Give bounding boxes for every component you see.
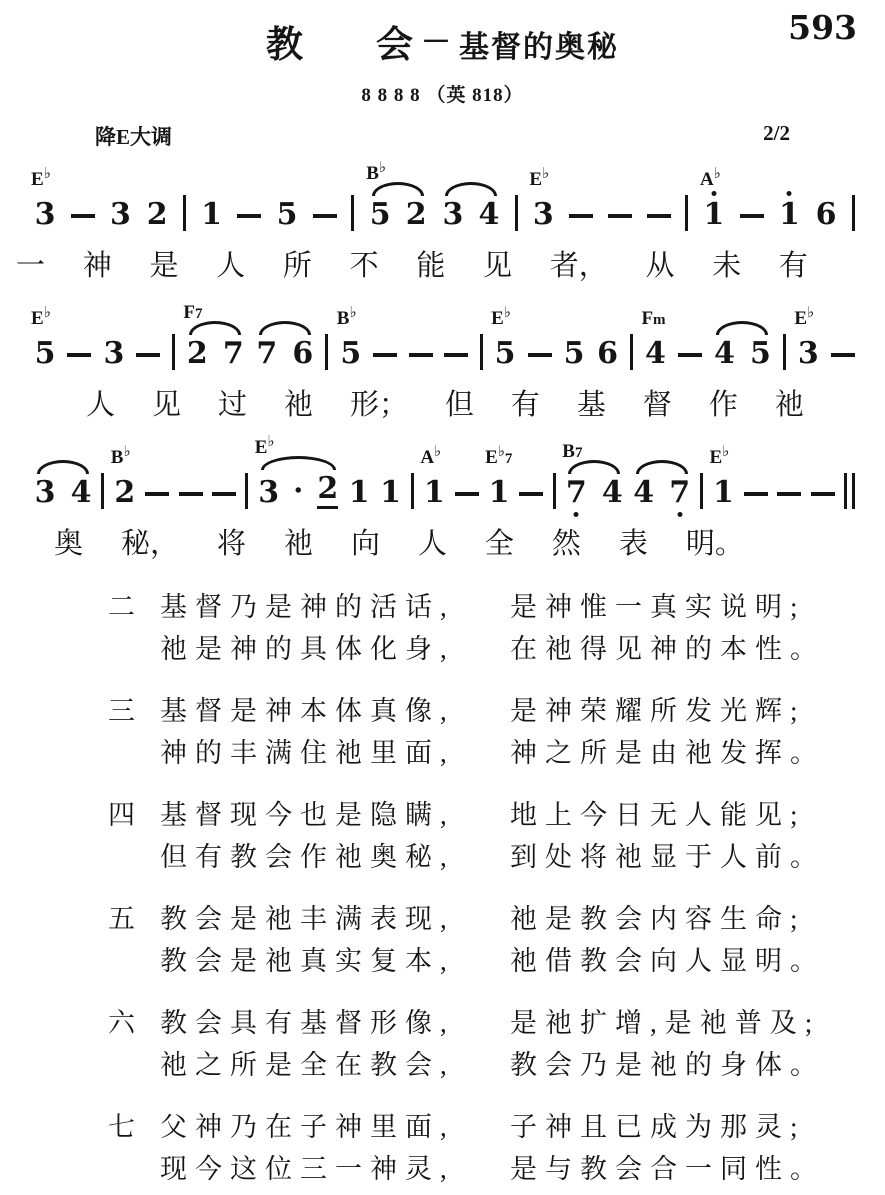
duration-dash [647, 214, 671, 218]
note-digit: 1 [424, 477, 445, 509]
verse-line: 子神且已成为那灵; [510, 1106, 885, 1148]
note: A♭1 [423, 477, 445, 509]
slur-group: 34 [34, 477, 92, 509]
note: 3 [103, 338, 125, 370]
lyric-syllable: 是 [149, 243, 178, 284]
note-digit: 4 [714, 338, 735, 370]
duration-dash [777, 492, 801, 496]
lyric-syllable: 然 [552, 521, 581, 562]
lyric-syllable: 督 [643, 382, 672, 423]
note: 1 [348, 477, 370, 509]
verses-section: 二基督乃是神的活话,祂是神的具体化身,是神惟一真实说明;在祂得见神的本性。三基督… [108, 586, 885, 1190]
lyric-syllable: 见 [483, 243, 512, 284]
flat-sign: ♭ [434, 444, 441, 460]
duration-dash [811, 492, 835, 496]
note-digit: 5 [35, 338, 56, 370]
verse-col-right: 是祂扩增,是祂普及;教会乃是祂的身体。 [510, 1002, 885, 1086]
flat-sign: ♭ [379, 160, 386, 176]
chord-label: E♭ [709, 448, 729, 467]
lyric-syllable: 能 [416, 243, 445, 284]
lyric-syllable: 一 [16, 243, 45, 284]
hymn-page: 593 教 会－基督的奥秘 8 8 8 8 （英 818） 降E大调 2/2 E… [0, 0, 885, 1195]
chord-root: B [562, 441, 575, 462]
verse-line: 祂是神的具体化身, [160, 628, 510, 670]
barline [325, 334, 328, 370]
chord-suffix: m [653, 312, 666, 328]
flat-sign: ♭ [542, 166, 549, 182]
verse-col-right: 祂是教会内容生命;祂借教会向人显明。 [510, 898, 885, 982]
lyric-syllable: 表 [619, 521, 648, 562]
note: 1 [380, 477, 402, 509]
note-digit: 4 [602, 477, 623, 509]
chord-label: A♭ [700, 170, 721, 189]
verse-line: 教会是祂丰满表现, [160, 898, 510, 940]
music-line-2: E♭53F72776B♭5E♭556Fm445E♭3 [34, 292, 855, 370]
duration-dash [528, 353, 552, 357]
lyric-syllable: 未 [712, 243, 741, 284]
chord-root: E [31, 169, 44, 190]
note-digit: 6 [597, 338, 618, 370]
lyric-syllable: 祂 [284, 521, 313, 562]
verse-col-left: 基督现今也是隐瞒,但有教会作祂奥秘, [160, 794, 510, 878]
verse-5: 五教会是祂丰满表现,教会是祂真实复本,祂是教会内容生命;祂借教会向人显明。 [108, 898, 885, 982]
chord-label: B♭ [337, 309, 357, 328]
bar-stroke [844, 473, 847, 509]
note-digit: 2 [317, 473, 338, 509]
verse-line: 教会具有基督形像, [160, 1002, 510, 1044]
note: 6 [597, 338, 619, 370]
note-digit: 4 [478, 199, 499, 231]
verse-line: 在祂得见神的本性。 [510, 628, 885, 670]
page-number: 593 [788, 8, 857, 47]
note-digit: 5 [495, 338, 516, 370]
verse-line: 神之所是由祂发挥。 [510, 732, 885, 774]
chord-label: E♭ [491, 309, 511, 328]
flat-sign: ♭ [807, 305, 814, 321]
note-digit: 2 [406, 199, 427, 231]
lyric-syllable: 秘， [121, 521, 179, 562]
key-signature: 降E大调 [95, 121, 172, 151]
note-digit: 3 [104, 338, 125, 370]
note-digit: 1 [349, 477, 370, 509]
note: 4 [713, 338, 735, 370]
note: 4 [70, 477, 92, 509]
note-digit: 3 [35, 199, 56, 231]
note: 4 [601, 477, 623, 509]
flat-sign: ♭ [44, 166, 51, 182]
verse-7: 七父神乃在子神里面,现今这位三一神灵,子神且已成为那灵;是与教会合一同性。 [108, 1106, 885, 1190]
lyric-syllable: 人 [418, 521, 447, 562]
note-digit: 7 [566, 477, 587, 509]
note: Fm4 [644, 338, 666, 370]
verse-col-left: 基督乃是神的活话,祂是神的具体化身, [160, 586, 510, 670]
lyrics-line-3: 奥秘，将祂向人全然表明。 [54, 521, 744, 562]
note: E♭5 [494, 338, 516, 370]
duration-dash [237, 214, 261, 218]
title-subtitle: 基督的奥秘 [459, 31, 619, 64]
note-digit: 6 [816, 199, 837, 231]
meta-row: 降E大调 2/2 [95, 121, 790, 151]
duration-dash [145, 492, 169, 496]
note: 7 [565, 477, 587, 509]
duration-dash [136, 353, 160, 357]
note-digit: 7 [256, 338, 277, 370]
barline [630, 334, 633, 370]
lyric-syllable: 所 [283, 243, 312, 284]
barline [553, 473, 556, 509]
barline [183, 195, 186, 231]
slur-group: 34 [442, 199, 500, 231]
verse-col-right: 是神荣耀所发光辉;神之所是由祂发挥。 [510, 690, 885, 774]
verse-3: 三基督是神本体真像,神的丰满住祂里面,是神荣耀所发光辉;神之所是由祂发挥。 [108, 690, 885, 774]
note-digit: 2 [114, 477, 135, 509]
flat-sign: ♭ [714, 166, 721, 182]
lyric-syllable: 有 [511, 382, 540, 423]
barline [685, 195, 688, 231]
chord-root: B [366, 163, 379, 184]
chord-root: E [709, 447, 722, 468]
note: E♭3 [532, 199, 554, 231]
chord-suffix: 7 [195, 306, 203, 322]
title-dash: － [421, 26, 451, 59]
note-digit: 5 [564, 338, 585, 370]
verse-line: 基督现今也是隐瞒, [160, 794, 510, 836]
chord-root: A [420, 447, 434, 468]
verse-6: 六教会具有基督形像,祂之所是全在教会,是祂扩增,是祂普及;教会乃是祂的身体。 [108, 1002, 885, 1086]
duration-dash [569, 214, 593, 218]
note: 6 [292, 338, 314, 370]
note: 2 [146, 199, 168, 231]
note: 5 [369, 199, 391, 231]
chord-root: B [111, 447, 124, 468]
chord-suffix: 7 [505, 451, 513, 467]
time-signature: 2/2 [763, 121, 790, 151]
note: 5 [749, 338, 771, 370]
duration-dash [608, 214, 632, 218]
note: E♭3 [797, 338, 819, 370]
flat-sign: ♭ [349, 305, 356, 321]
verse-number: 三 [108, 690, 160, 774]
note: 2 [186, 338, 208, 370]
note: 3 [34, 477, 56, 509]
note: 5 [276, 199, 298, 231]
duration-dash [212, 492, 236, 496]
slur-group: B774 [565, 477, 623, 509]
slur-group: 47 [633, 477, 691, 509]
bar-stroke [852, 473, 855, 509]
barline [411, 473, 414, 509]
barline [480, 334, 483, 370]
note: 5 [563, 338, 585, 370]
verse-line: 基督是神本体真像, [160, 690, 510, 732]
note-digit: 1 [201, 199, 222, 231]
barline [172, 334, 175, 370]
verse-line: 地上今日无人能见; [510, 794, 885, 836]
lyric-syllable: 从 [645, 243, 674, 284]
note: E♭3 [34, 199, 56, 231]
lyric-syllable: 但 [445, 382, 474, 423]
note-digit: 5 [277, 199, 298, 231]
verse-number: 四 [108, 794, 160, 878]
note-digit: 2 [147, 199, 168, 231]
verse-2: 二基督乃是神的活话,祂是神的具体化身,是神惟一真实说明;在祂得见神的本性。 [108, 586, 885, 670]
chord-root: E [491, 308, 504, 329]
note: 2 [405, 199, 427, 231]
note-digit: 3 [533, 199, 554, 231]
note: B♭5 [340, 338, 362, 370]
chord-label: E♭ [794, 309, 814, 328]
hymn-title: 教 会－基督的奥秘 [0, 0, 885, 68]
chord-root: F [183, 302, 195, 323]
duration-dash [373, 353, 397, 357]
note: 7 [669, 477, 691, 509]
note-digit: 1 [713, 477, 734, 509]
lyric-syllable: 形； [350, 382, 408, 423]
note: B♭2 [114, 477, 136, 509]
chord-root: E [255, 437, 268, 458]
lyrics-line-1: 一神是人所不能见者，从未有 [16, 243, 808, 284]
slur-group: F727 [186, 338, 244, 370]
note-digit: 1 [489, 477, 510, 509]
verse-number: 二 [108, 586, 160, 670]
verse-line: 是与教会合一同性。 [510, 1148, 885, 1190]
note: A♭1 [703, 199, 725, 231]
note-digit: 3 [35, 477, 56, 509]
barline [852, 195, 855, 231]
chord-label: E♭ [31, 170, 51, 189]
duration-dash [678, 353, 702, 357]
lyric-syllable: 祂 [775, 382, 804, 423]
final-barline [844, 473, 855, 509]
verse-col-left: 教会是祂丰满表现,教会是祂真实复本, [160, 898, 510, 982]
note: 1 [201, 199, 223, 231]
verse-line: 父神乃在子神里面, [160, 1106, 510, 1148]
note: 7 [256, 338, 278, 370]
chord-label: B7 [562, 442, 582, 461]
chord-root: E [485, 447, 498, 468]
verse-number: 七 [108, 1106, 160, 1190]
lyric-syllable: 基 [577, 382, 606, 423]
slur-group: E♭3•2 [258, 473, 339, 509]
barline [351, 195, 354, 231]
verse-line: 神的丰满住祂里面, [160, 732, 510, 774]
duration-dash [519, 492, 543, 496]
duration-dash [740, 214, 764, 218]
chord-root: A [700, 169, 714, 190]
lyric-syllable: 人 [216, 243, 245, 284]
chord-label: E♭ [255, 438, 275, 457]
duration-dash [831, 353, 855, 357]
note-digit: 4 [645, 338, 666, 370]
verse-col-left: 教会具有基督形像,祂之所是全在教会, [160, 1002, 510, 1086]
chord-suffix: 7 [575, 445, 583, 461]
duration-dash [179, 492, 203, 496]
lyric-syllable: 全 [485, 521, 514, 562]
note: 7 [222, 338, 244, 370]
slur-group: 76 [256, 338, 314, 370]
verse-line: 教会乃是祂的身体。 [510, 1044, 885, 1086]
note: 3 [109, 199, 131, 231]
note-digit: 3 [442, 199, 463, 231]
lyric-syllable: 明。 [686, 521, 744, 562]
note-digit: 1 [704, 199, 725, 231]
chord-label: F7 [183, 303, 202, 322]
verse-col-left: 父神乃在子神里面,现今这位三一神灵, [160, 1106, 510, 1190]
music-line-1: E♭33215B♭5234E♭3A♭116 [34, 153, 855, 231]
barline [245, 473, 248, 509]
note-digit: 3 [258, 477, 279, 509]
note: E♭1 [712, 477, 734, 509]
note: E♭5 [34, 338, 56, 370]
note-digit: 4 [71, 477, 92, 509]
verse-4: 四基督现今也是隐瞒,但有教会作祂奥秘,地上今日无人能见;到处将祂显于人前。 [108, 794, 885, 878]
chord-label: E♭ [529, 170, 549, 189]
lyric-syllable: 向 [351, 521, 380, 562]
note-digit: 1 [380, 477, 401, 509]
verse-col-right: 子神且已成为那灵;是与教会合一同性。 [510, 1106, 885, 1190]
flat-sign: ♭ [722, 444, 729, 460]
chord-label: A♭ [420, 448, 441, 467]
verse-line: 到处将祂显于人前。 [510, 836, 885, 878]
note-digit: 2 [187, 338, 208, 370]
verse-number: 六 [108, 1002, 160, 1086]
flat-sign: ♭ [498, 444, 505, 460]
note: 1 [778, 199, 800, 231]
lyric-syllable: 过 [218, 382, 247, 423]
lyric-syllable: 将 [217, 521, 246, 562]
verse-line: 是祂扩增,是祂普及; [510, 1002, 885, 1044]
dot-separator: • [295, 481, 302, 501]
verse-col-right: 地上今日无人能见;到处将祂显于人前。 [510, 794, 885, 878]
verse-line: 基督乃是神的活话, [160, 586, 510, 628]
verse-line: 祂是教会内容生命; [510, 898, 885, 940]
duration-dash [744, 492, 768, 496]
duration-dash [409, 353, 433, 357]
barline [783, 334, 786, 370]
flat-sign: ♭ [504, 305, 511, 321]
verse-line: 现今这位三一神灵, [160, 1148, 510, 1190]
lyrics-line-2: 人见过祂形；但有基督作祂 [86, 382, 804, 423]
note: 4 [633, 477, 655, 509]
note-digit: 3 [110, 199, 131, 231]
note-digit: 5 [370, 199, 391, 231]
duration-dash [313, 214, 337, 218]
chord-label: E♭ [31, 309, 51, 328]
note: 3 [442, 199, 464, 231]
note: 4 [478, 199, 500, 231]
verse-number: 五 [108, 898, 160, 982]
chord-label: E♭7 [485, 448, 512, 467]
lyric-syllable: 神 [83, 243, 112, 284]
music-section: E♭33215B♭5234E♭3A♭116一神是人所不能见者，从未有E♭53F7… [34, 153, 855, 562]
note-digit: 4 [633, 477, 654, 509]
duration-dash [71, 214, 95, 218]
title-main: 教 会 [266, 25, 431, 66]
note: 2 [317, 473, 339, 509]
barline [700, 473, 703, 509]
note-digit: 5 [750, 338, 771, 370]
lyric-syllable: 祂 [284, 382, 313, 423]
verse-col-left: 基督是神本体真像,神的丰满住祂里面, [160, 690, 510, 774]
lyric-syllable: 者， [550, 243, 608, 284]
verse-line: 但有教会作祂奥秘, [160, 836, 510, 878]
chord-label: B♭ [366, 164, 386, 183]
barline [515, 195, 518, 231]
chord-root: E [794, 308, 807, 329]
lyric-syllable: 人 [86, 382, 115, 423]
note-digit: 6 [292, 338, 313, 370]
chord-root: E [31, 308, 44, 329]
slur-group: B♭52 [369, 199, 427, 231]
chord-root: F [641, 308, 653, 329]
chord-label: Fm [641, 309, 665, 328]
note: E♭71 [488, 477, 510, 509]
chord-label: B♭ [111, 448, 131, 467]
lyric-syllable: 有 [779, 243, 808, 284]
verse-line: 祂借教会向人显明。 [510, 940, 885, 982]
lyric-syllable: 奥 [54, 521, 83, 562]
chord-root: B [337, 308, 350, 329]
barline [101, 473, 104, 509]
flat-sign: ♭ [44, 305, 51, 321]
music-line-3: 34B♭2E♭3•211A♭1E♭71B77447E♭1 [34, 431, 855, 509]
flat-sign: ♭ [123, 444, 130, 460]
note-digit: 3 [798, 338, 819, 370]
verse-line: 是神荣耀所发光辉; [510, 690, 885, 732]
slur-group: 45 [713, 338, 771, 370]
duration-dash [455, 492, 479, 496]
lyric-syllable: 不 [350, 243, 379, 284]
verse-line: 是神惟一真实说明; [510, 586, 885, 628]
flat-sign: ♭ [267, 434, 274, 450]
note-digit: 7 [669, 477, 690, 509]
verse-line: 教会是祂真实复本, [160, 940, 510, 982]
verse-line: 祂之所是全在教会, [160, 1044, 510, 1086]
note: 3 [258, 477, 280, 509]
note-digit: 1 [779, 199, 800, 231]
lyric-syllable: 作 [709, 382, 738, 423]
chord-root: E [529, 169, 542, 190]
note: 6 [815, 199, 837, 231]
lyric-syllable: 见 [152, 382, 181, 423]
note-digit: 5 [340, 338, 361, 370]
duration-dash [67, 353, 91, 357]
duration-dash [444, 353, 468, 357]
note-digit: 7 [223, 338, 244, 370]
meter-line: 8 8 8 8 （英 818） [0, 80, 885, 107]
verse-col-right: 是神惟一真实说明;在祂得见神的本性。 [510, 586, 885, 670]
